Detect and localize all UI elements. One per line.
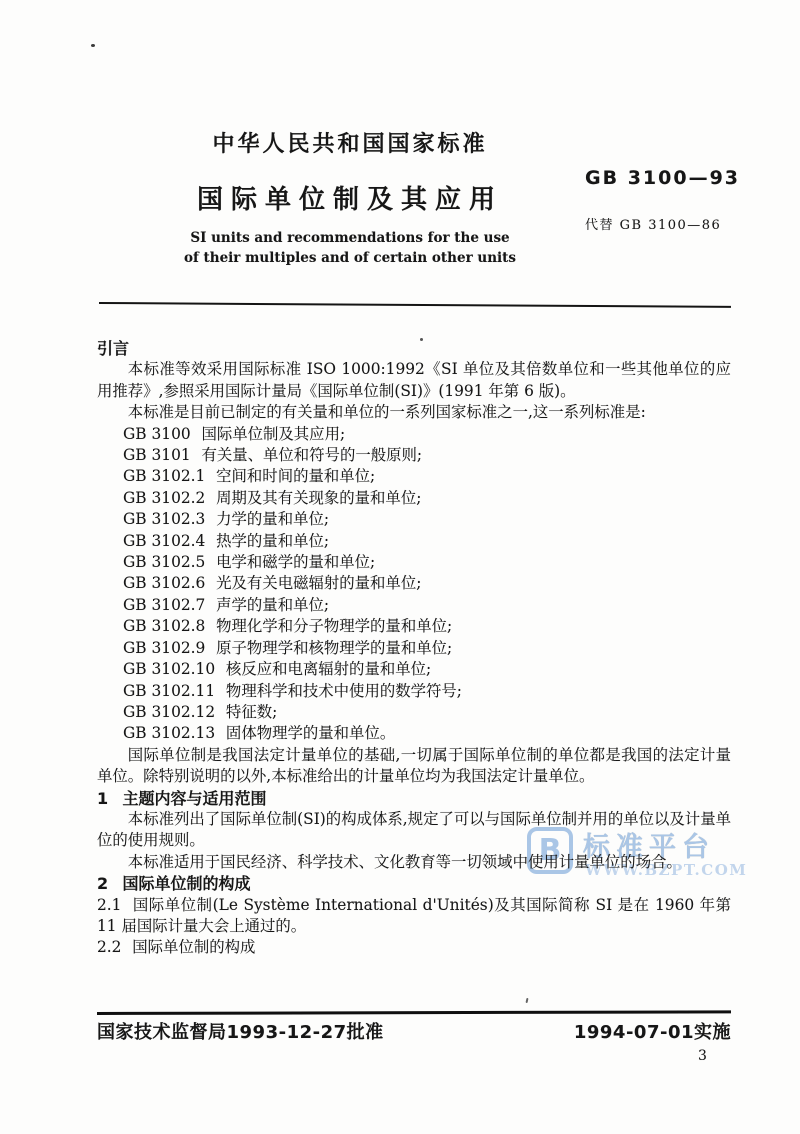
intro-paragraph-legal: 国际单位制是我国法定计量单位的基础,一切属于国际单位制的单位都是我国的法定计量单… <box>97 745 731 788</box>
introduction-heading: 引言 <box>97 338 731 359</box>
header-divider <box>99 302 731 308</box>
standard-code: GB 3102.1 <box>123 467 205 485</box>
standard-title-text: 热学的量和单位; <box>216 532 329 550</box>
standard-title-text: 电学和磁学的量和单位; <box>216 553 375 571</box>
standard-list-item: GB 3100国际单位制及其应用; <box>123 424 731 445</box>
standard-code: GB 3102.10 <box>123 660 215 678</box>
standard-title-text: 特征数; <box>226 703 277 721</box>
standard-title-text: 有关量、单位和符号的一般原则; <box>201 446 422 464</box>
intro-paragraph-series: 本标准是目前已制定的有关量和单位的一系列国家标准之一,这一系列标准是: <box>97 402 731 423</box>
standard-list-item: GB 3102.9原子物理学和核物理学的量和单位; <box>123 638 731 659</box>
footer-divider <box>97 1010 731 1014</box>
standard-code: GB 3102.8 <box>123 617 205 635</box>
english-subtitle-line1: SI units and recommendations for the use <box>100 230 600 246</box>
standard-title-text: 光及有关电磁辐射的量和单位; <box>216 574 421 592</box>
standard-list-item: GB 3102.10核反应和电离辐射的量和单位; <box>123 659 731 680</box>
clause-2-1: 2.1国际单位制(Le Système International d'Unit… <box>97 895 731 938</box>
standard-title-text: 物理化学和分子物理学的量和单位; <box>216 617 452 635</box>
standard-list-item: GB 3102.1空间和时间的量和单位; <box>123 466 731 487</box>
standard-title-text: 物理科学和技术中使用的数学符号; <box>226 682 462 700</box>
standard-title-text: 周期及其有关现象的量和单位; <box>216 489 421 507</box>
scan-artifact <box>91 44 95 47</box>
superseded-standard: 代替 GB 3100—86 <box>585 214 740 233</box>
standard-title-text: 力学的量和单位; <box>216 510 329 528</box>
standard-list-item: GB 3102.13固体物理学的量和单位。 <box>123 723 731 744</box>
standard-code: GB 3102.9 <box>123 639 205 657</box>
national-standard-heading: 中华人民共和国国家标准 <box>100 127 600 158</box>
standard-list-item: GB 3102.2周期及其有关现象的量和单位; <box>123 488 731 509</box>
implementation-text: 1994-07-01实施 <box>574 1018 731 1044</box>
clause-number: 2.2 <box>97 938 121 956</box>
standard-number: GB 3100—93 <box>585 167 740 189</box>
standard-title-text: 固体物理学的量和单位。 <box>226 724 395 742</box>
clause-2-2: 2.2国际单位制的构成 <box>97 937 731 958</box>
section-number: 2 <box>97 874 108 893</box>
section-title-text: 国际单位制的构成 <box>123 874 251 893</box>
standard-code: GB 3102.2 <box>123 489 205 507</box>
scan-artifact <box>526 998 529 1003</box>
standard-number-block: GB 3100—93 代替 GB 3100—86 <box>585 167 740 233</box>
standard-code: GB 3102.12 <box>123 703 215 721</box>
standard-list-item: GB 3102.5电学和磁学的量和单位; <box>123 552 731 573</box>
standard-title-text: 空间和时间的量和单位; <box>216 467 375 485</box>
standard-title: 国际单位制及其应用 <box>100 179 600 216</box>
approval-text: 国家技术监督局1993-12-27批准 <box>97 1018 384 1044</box>
standard-title-text: 声学的量和单位; <box>216 596 329 614</box>
clause-text: 国际单位制(Le Système International d'Unités)… <box>97 896 731 935</box>
section-1-heading: 1主题内容与适用范围 <box>97 788 731 809</box>
standards-list: GB 3100国际单位制及其应用; GB 3101有关量、单位和符号的一般原则;… <box>123 424 731 745</box>
footer: 国家技术监督局1993-12-27批准 1994-07-01实施 <box>97 1018 731 1044</box>
section-title-text: 主题内容与适用范围 <box>123 789 267 808</box>
standard-list-item: GB 3102.8物理化学和分子物理学的量和单位; <box>123 616 731 637</box>
clause-text: 国际单位制的构成 <box>132 938 255 956</box>
standard-code: GB 3102.7 <box>123 596 205 614</box>
section-number: 1 <box>97 789 108 808</box>
standard-list-item: GB 3101有关量、单位和符号的一般原则; <box>123 445 731 466</box>
standard-list-item: GB 3102.4热学的量和单位; <box>123 531 731 552</box>
standard-code: GB 3102.3 <box>123 510 205 528</box>
english-subtitle-line2: of their multiples and of certain other … <box>100 250 600 266</box>
document-body: 引言 本标准等效采用国际标准 ISO 1000:1992《SI 单位及其倍数单位… <box>97 338 731 959</box>
intro-paragraph-adoption: 本标准等效采用国际标准 ISO 1000:1992《SI 单位及其倍数单位和一些… <box>97 359 731 402</box>
section-2-heading: 2国际单位制的构成 <box>97 873 731 894</box>
section-1-paragraph-scope: 本标准列出了国际单位制(SI)的构成体系,规定了可以与国际单位制并用的单位以及计… <box>97 809 731 852</box>
standard-code: GB 3101 <box>123 446 191 464</box>
standard-code: GB 3102.11 <box>123 682 215 700</box>
standard-title-text: 原子物理学和核物理学的量和单位; <box>216 639 452 657</box>
standard-list-item: GB 3102.6光及有关电磁辐射的量和单位; <box>123 573 731 594</box>
standard-list-item: GB 3102.11物理科学和技术中使用的数学符号; <box>123 681 731 702</box>
standard-list-item: GB 3102.12特征数; <box>123 702 731 723</box>
standard-code: GB 3102.13 <box>123 724 215 742</box>
document-page: { "header": { "org_title": "中华人民共和国国家标准"… <box>0 0 800 1134</box>
standard-list-item: GB 3102.7声学的量和单位; <box>123 595 731 616</box>
standard-title-text: 国际单位制及其应用; <box>201 425 345 443</box>
standard-title-text: 核反应和电离辐射的量和单位; <box>226 660 431 678</box>
standard-list-item: GB 3102.3力学的量和单位; <box>123 509 731 530</box>
standard-code: GB 3102.5 <box>123 553 205 571</box>
standard-code: GB 3102.4 <box>123 532 205 550</box>
clause-number: 2.1 <box>97 896 121 914</box>
page-number: 3 <box>698 1048 707 1064</box>
title-block: 中华人民共和国国家标准 国际单位制及其应用 SI units and recom… <box>100 0 600 300</box>
standard-code: GB 3100 <box>123 425 191 443</box>
section-1-paragraph-apply: 本标准适用于国民经济、科学技术、文化教育等一切领域中使用计量单位的场合。 <box>97 852 731 873</box>
standard-code: GB 3102.6 <box>123 574 205 592</box>
